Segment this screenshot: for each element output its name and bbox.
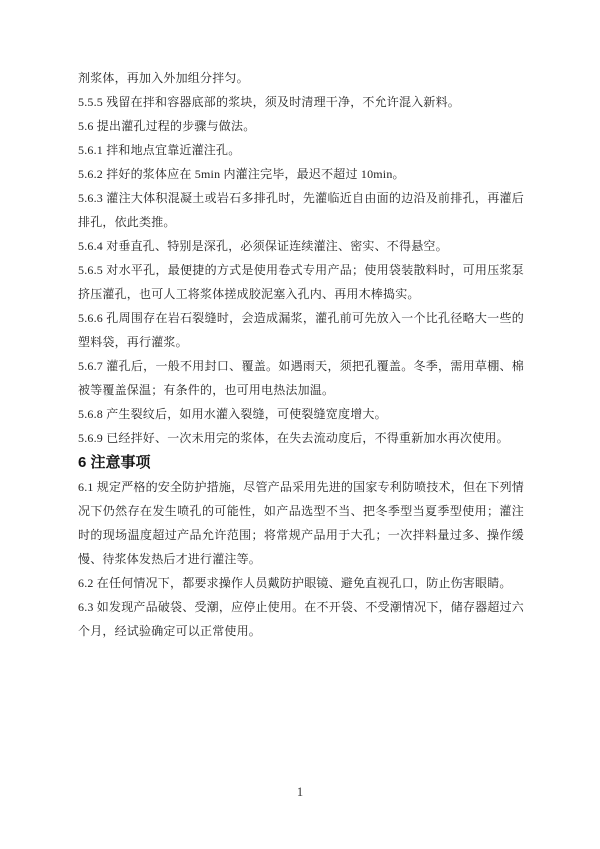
paragraph-5-6-4: 5.6.4 对垂直孔、特别是深孔，必须保证连续灌注、密实、不得悬空。	[78, 234, 524, 258]
paragraph-5-6-1: 5.6.1 拌和地点宜靠近灌注孔。	[78, 138, 524, 162]
paragraph-5-6-3: 5.6.3 灌注大体积混凝土或岩石多排孔时，先灌临近自由面的边沿及前排孔，再灌后…	[78, 186, 524, 234]
paragraph-5-6-2: 5.6.2 拌好的浆体应在 5min 内灌注完毕，最迟不超过 10min。	[78, 162, 524, 186]
page-footer: 1	[0, 783, 600, 801]
paragraph-5-6: 5.6 提出灌孔过程的步骤与做法。	[78, 114, 524, 138]
paragraph-5-6-5: 5.6.5 对水平孔，最便捷的方式是使用卷式专用产品；使用袋装散料时，可用压浆泵…	[78, 258, 524, 306]
paragraph-5-6-8: 5.6.8 产生裂纹后，如用水灌入裂缝，可使裂缝宽度增大。	[78, 402, 524, 426]
paragraph-6-1: 6.1 规定严格的安全防护措施，尽管产品采用先进的国家专利防喷技术，但在下列情况…	[78, 475, 524, 571]
paragraph-continuation: 剂浆体，再加入外加组分拌匀。	[78, 66, 524, 90]
page-number: 1	[297, 785, 303, 799]
document-content: 剂浆体，再加入外加组分拌匀。 5.5.5 残留在拌和容器底部的浆块，须及时清理干…	[78, 66, 524, 643]
document-page: 剂浆体，再加入外加组分拌匀。 5.5.5 残留在拌和容器底部的浆块，须及时清理干…	[0, 0, 600, 849]
paragraph-6-3: 6.3 如发现产品破袋、受潮，应停止使用。在不开袋、不受潮情况下，储存器超过六个…	[78, 595, 524, 643]
paragraph-5-6-6: 5.6.6 孔周围存在岩石裂缝时，会造成漏浆，灌孔前可先放入一个比孔径略大一些的…	[78, 306, 524, 354]
section-6-heading: 6 注意事项	[78, 450, 524, 475]
paragraph-5-5-5: 5.5.5 残留在拌和容器底部的浆块，须及时清理干净，不允许混入新料。	[78, 90, 524, 114]
paragraph-6-2: 6.2 在任何情况下，都要求操作人员戴防护眼镜、避免直视孔口，防止伤害眼睛。	[78, 571, 524, 595]
paragraph-5-6-9: 5.6.9 已经拌好、一次未用完的浆体，在失去流动度后，不得重新加水再次使用。	[78, 426, 524, 450]
paragraph-5-6-7: 5.6.7 灌孔后，一般不用封口、覆盖。如遇雨天，须把孔覆盖。冬季，需用草棚、棉…	[78, 354, 524, 402]
